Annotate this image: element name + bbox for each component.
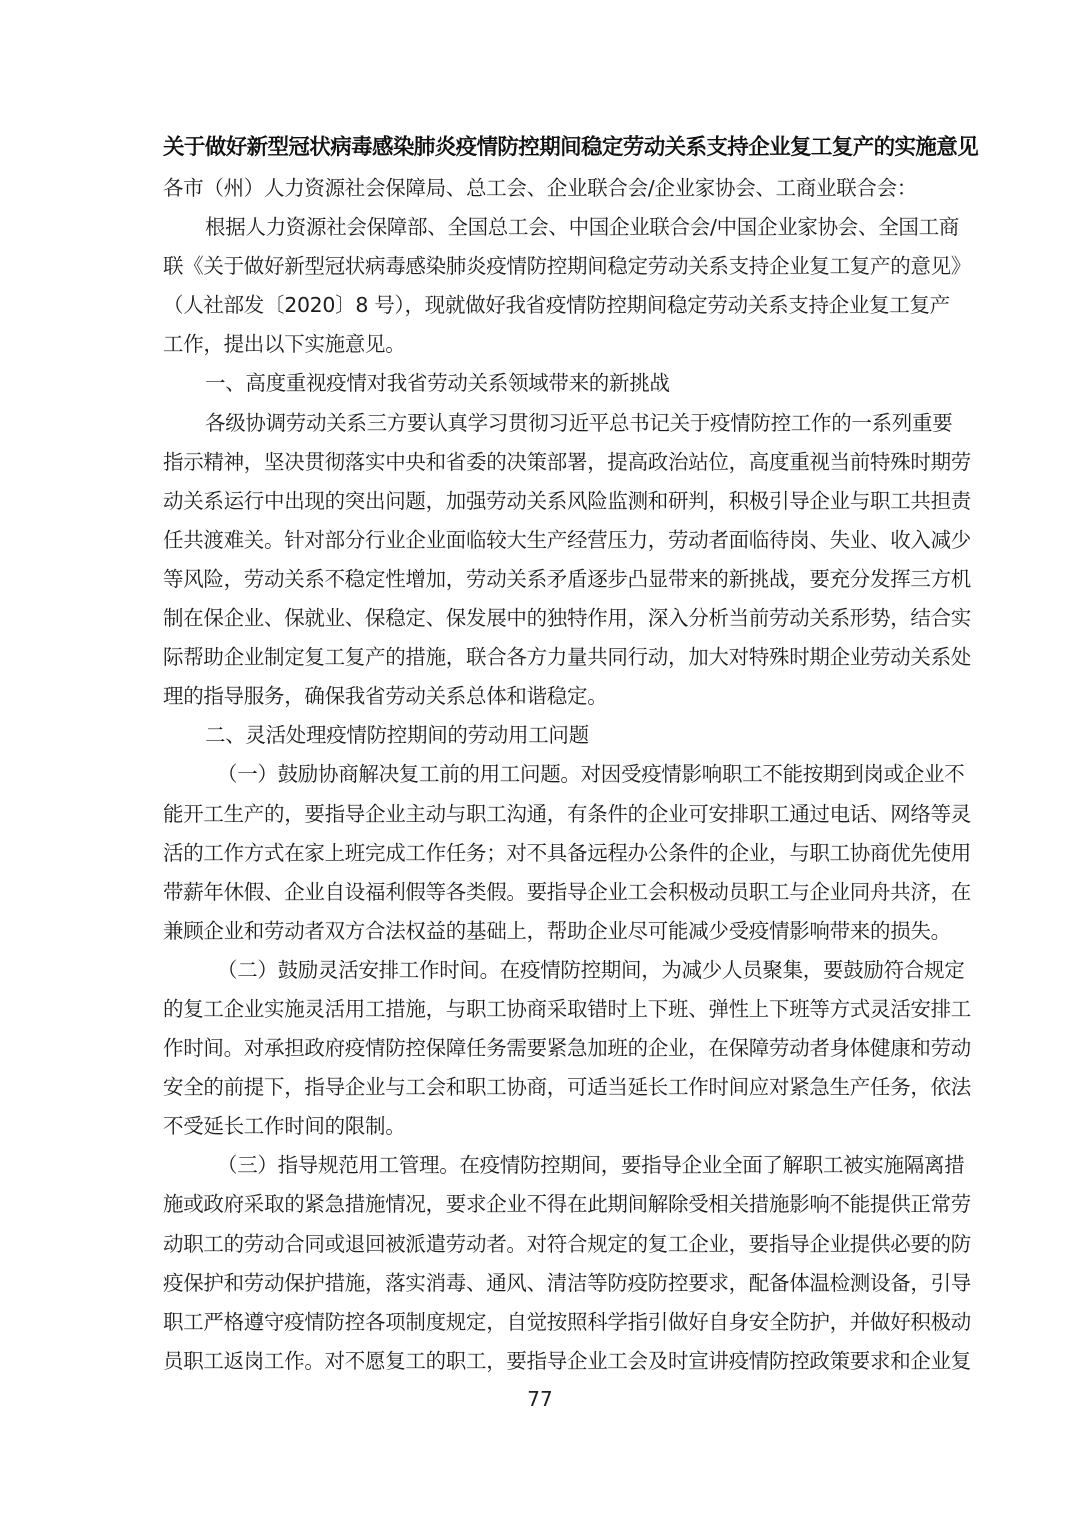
paragraph-line: 带薪年休假、企业自设福利假等各类假。要指导企业工会积极动员职工与企业同舟共济，在	[163, 875, 923, 914]
document-body: 各市（州）人力资源社会保障局、总工会、企业联合会/企业家协会、工商业联合会： 根…	[163, 171, 923, 1383]
paragraph-line: 员职工返岗工作。对不愿复工的职工，要指导企业工会及时宣讲疫情防控政策要求和企业复	[163, 1344, 923, 1383]
paragraph-line: 联《关于做好新型冠状病毒感染肺炎疫情防控期间稳定劳动关系支持企业复工复产的意见》	[163, 249, 923, 288]
subsection-3-line: （三）指导规范用工管理。在疫情防控期间，要指导企业全面了解职工被实施隔离措	[163, 1148, 923, 1187]
paragraph-line: （人社部发〔2020〕8 号），现就做好我省疫情防控期间稳定劳动关系支持企业复工…	[163, 288, 923, 327]
paragraph-line: 的复工企业实施灵活用工措施，与职工协商采取错时上下班、弹性上下班等方式灵活安排工	[163, 992, 923, 1031]
document-page: 关于做好新型冠状病毒感染肺炎疫情防控期间稳定劳动关系支持企业复工复产的实施意见 …	[0, 0, 1080, 1527]
page-number: 77	[0, 1384, 1080, 1414]
paragraph-line: 指示精神，坚决贯彻落实中央和省委的决策部署，提高政治站位，高度重视当前特殊时期劳	[163, 445, 923, 484]
document-title: 关于做好新型冠状病毒感染肺炎疫情防控期间稳定劳动关系支持企业复工复产的实施意见	[163, 131, 923, 165]
paragraph-line: 动职工的劳动合同或退回被派遣劳动者。对符合规定的复工企业，要指导企业提供必要的防	[163, 1227, 923, 1266]
paragraph-line: 制在保企业、保就业、保稳定、保发展中的独特作用，深入分析当前劳动关系形势，结合实	[163, 601, 923, 640]
paragraph-line: 作时间。对承担政府疫情防控保障任务需要紧急加班的企业，在保障劳动者身体健康和劳动	[163, 1031, 923, 1070]
salutation-line: 各市（州）人力资源社会保障局、总工会、企业联合会/企业家协会、工商业联合会：	[163, 171, 923, 210]
section-heading-2: 二、灵活处理疫情防控期间的劳动用工问题	[163, 718, 923, 757]
paragraph-line: 理的指导服务，确保我省劳动关系总体和谐稳定。	[163, 679, 923, 718]
section-heading-1: 一、高度重视疫情对我省劳动关系领域带来的新挑战	[163, 366, 923, 405]
subsection-2-line: （二）鼓励灵活安排工作时间。在疫情防控期间，为减少人员聚集，要鼓励符合规定	[163, 953, 923, 992]
paragraph-line: 工作，提出以下实施意见。	[163, 327, 923, 366]
paragraph-line: 各级协调劳动关系三方要认真学习贯彻习近平总书记关于疫情防控工作的一系列重要	[163, 406, 923, 445]
paragraph-line: 等风险，劳动关系不稳定性增加，劳动关系矛盾逐步凸显带来的新挑战，要充分发挥三方机	[163, 562, 923, 601]
paragraph-line: 施或政府采取的紧急措施情况，要求企业不得在此期间解除受相关措施影响不能提供正常劳	[163, 1187, 923, 1226]
paragraph-line: 根据人力资源社会保障部、全国总工会、中国企业联合会/中国企业家协会、全国工商	[163, 210, 923, 249]
paragraph-line: 职工严格遵守疫情防控各项制度规定，自觉按照科学指引做好自身安全防护，并做好积极动	[163, 1305, 923, 1344]
paragraph-line: 安全的前提下，指导企业与工会和职工协商，可适当延长工作时间应对紧急生产任务，依法	[163, 1070, 923, 1109]
paragraph-line: 活的工作方式在家上班完成工作任务；对不具备远程办公条件的企业，与职工协商优先使用	[163, 836, 923, 875]
subsection-1-line: （一）鼓励协商解决复工前的用工问题。对因受疫情影响职工不能按期到岗或企业不	[163, 757, 923, 796]
paragraph-line: 动关系运行中出现的突出问题，加强劳动关系风险监测和研判，积极引导企业与职工共担责	[163, 484, 923, 523]
paragraph-line: 能开工生产的，要指导企业主动与职工沟通，有条件的企业可安排职工通过电话、网络等灵	[163, 797, 923, 836]
paragraph-line: 疫保护和劳动保护措施，落实消毒、通风、清洁等防疫防控要求，配备体温检测设备，引导	[163, 1266, 923, 1305]
paragraph-line: 不受延长工作时间的限制。	[163, 1109, 923, 1148]
paragraph-line: 兼顾企业和劳动者双方合法权益的基础上，帮助企业尽可能减少受疫情影响带来的损失。	[163, 914, 923, 953]
paragraph-line: 际帮助企业制定复工复产的措施，联合各方力量共同行动，加大对特殊时期企业劳动关系处	[163, 640, 923, 679]
paragraph-line: 任共渡难关。针对部分行业企业面临较大生产经营压力，劳动者面临待岗、失业、收入减少	[163, 523, 923, 562]
